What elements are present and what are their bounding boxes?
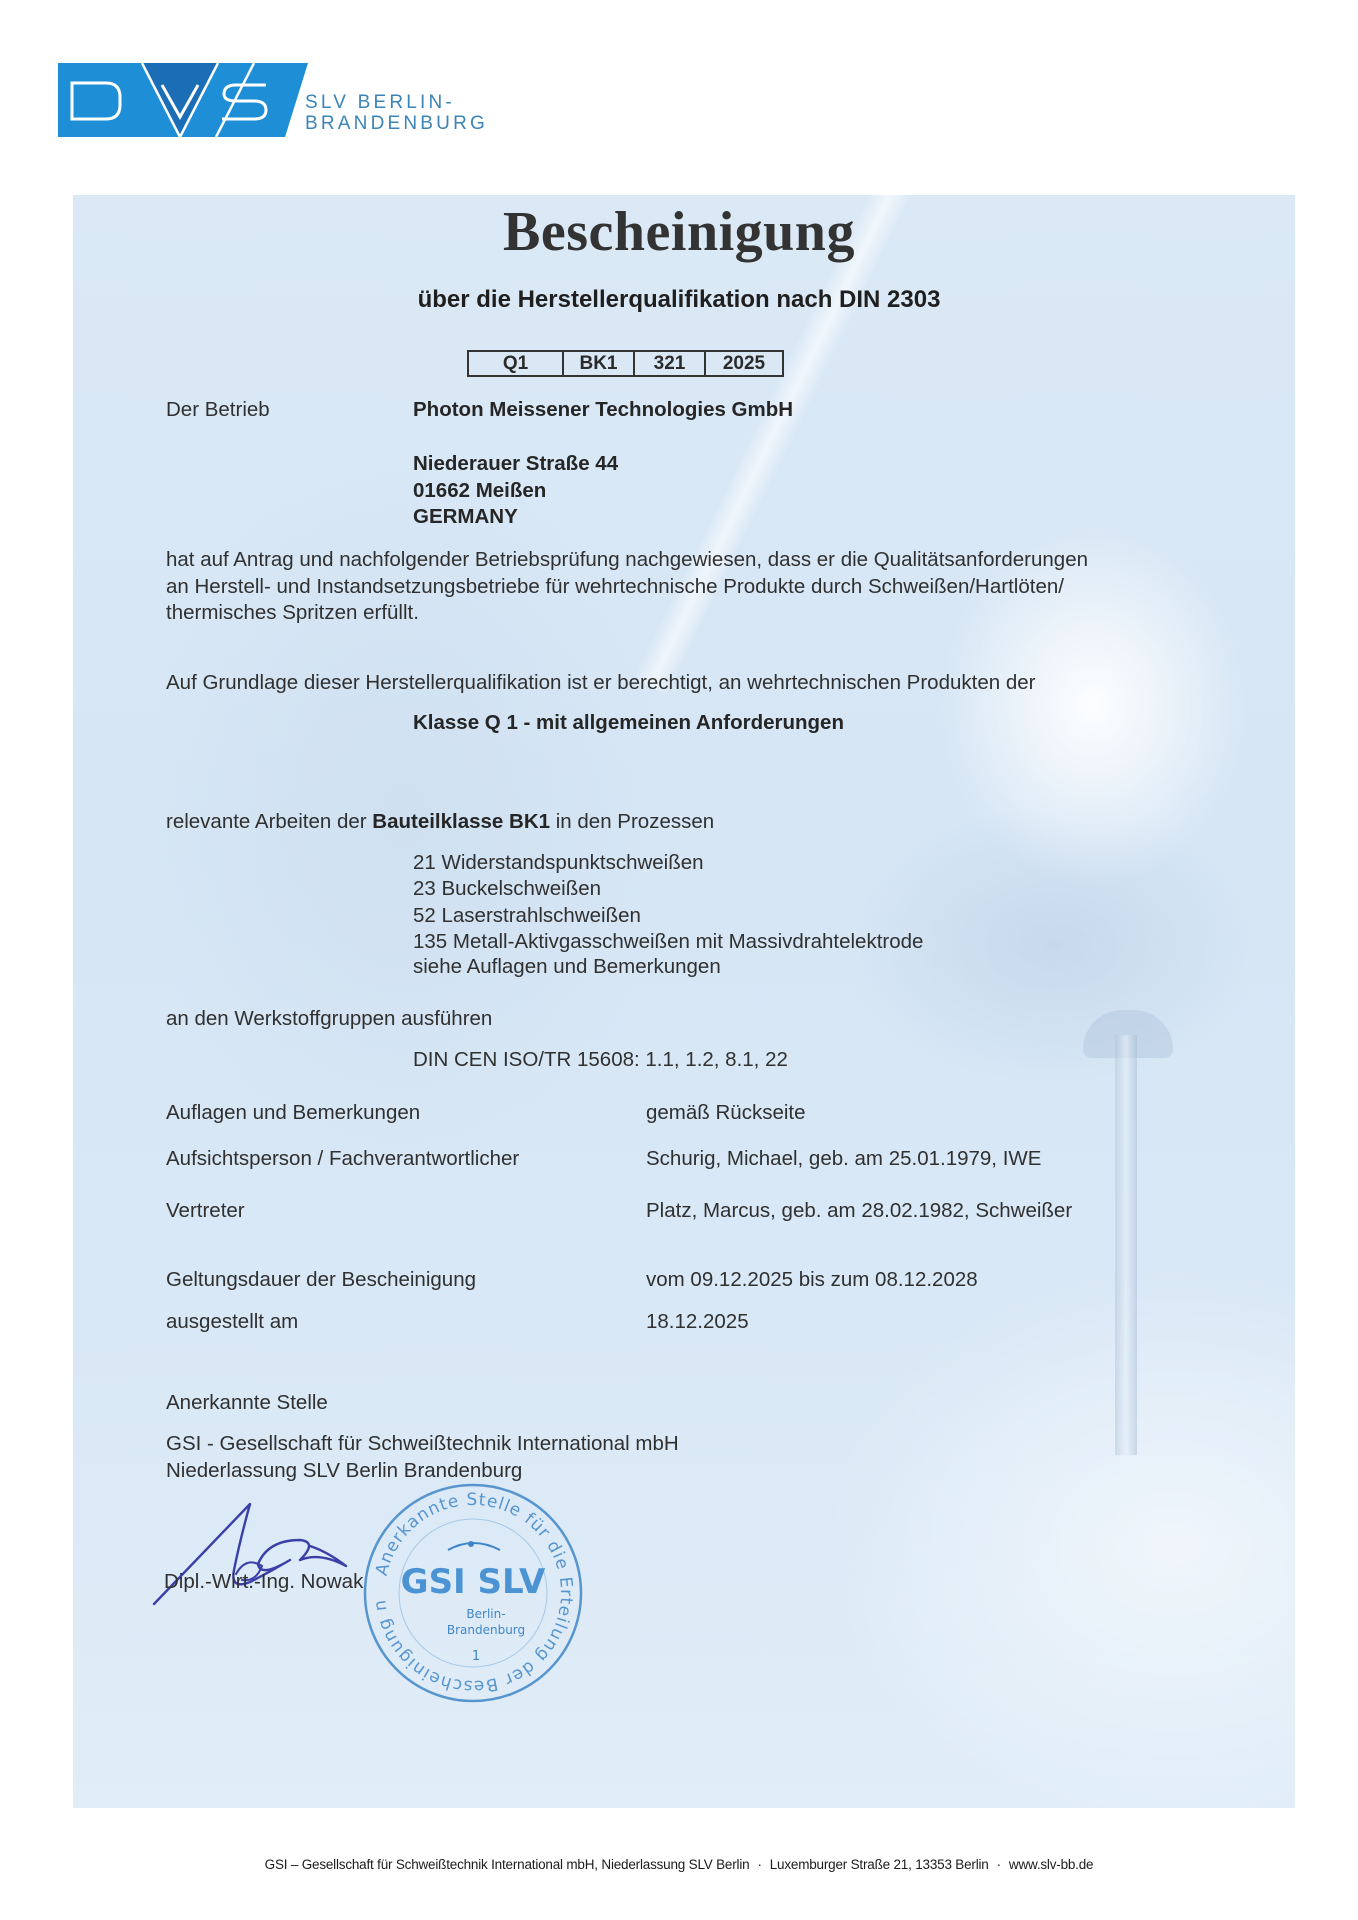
detail-value-supervisor: Schurig, Michael, geb. am 25.01.1979, IW… <box>646 1147 1041 1171</box>
svg-text:1: 1 <box>472 1649 480 1664</box>
detail-value-issued: 18.12.2025 <box>646 1310 749 1334</box>
relevant-prefix: relevante Arbeiten der <box>166 810 372 833</box>
authority-label: Anerkannte Stelle <box>166 1391 328 1415</box>
component-class: Bauteilklasse BK1 <box>372 810 550 833</box>
detail-value-remarks: gemäß Rückseite <box>646 1101 806 1125</box>
detail-label-validity: Geltungsdauer der Bescheinigung <box>166 1268 476 1292</box>
code-component-class: BK1 <box>564 352 635 375</box>
svg-text:Berlin-: Berlin- <box>466 1607 505 1621</box>
signatory-name: Dipl.-Wirt.-Ing. Nowak <box>164 1570 363 1594</box>
svg-text:Brandenburg: Brandenburg <box>447 1623 525 1637</box>
company-country: GERMANY <box>413 505 518 529</box>
detail-label-issued: ausgestellt am <box>166 1310 298 1334</box>
detail-label-supervisor: Aufsichtsperson / Fachverantwortlicher <box>166 1147 519 1171</box>
authority-line1: GSI - Gesellschaft für Schweißtechnik In… <box>166 1432 679 1456</box>
dvs-logo-mark-icon <box>58 63 318 137</box>
material-groups-value: DIN CEN ISO/TR 15608: 1.1, 1.2, 8.1, 22 <box>413 1048 788 1072</box>
detail-label-deputy: Vertreter <box>166 1199 245 1223</box>
footer-separator: · <box>757 1857 761 1872</box>
footer-website-link[interactable]: www.slv-bb.de <box>1009 1857 1093 1872</box>
company-city: 01662 Meißen <box>413 479 546 503</box>
logo-line-2: BRANDENBURG <box>305 114 488 134</box>
dvs-slv-logo: SLV BERLIN- BRANDENBURG <box>58 63 528 137</box>
background-light-streak <box>632 195 913 695</box>
relevant-works-line: relevante Arbeiten der Bauteilklasse BK1… <box>166 810 714 834</box>
class-statement: Klasse Q 1 - mit allgemeinen Anforderung… <box>413 711 844 735</box>
certificate-subtitle: über die Herstellerqualifikation nach DI… <box>0 286 1358 314</box>
detail-label-remarks: Auflagen und Bemerkungen <box>166 1101 420 1125</box>
background-welding-rod <box>1115 1035 1137 1455</box>
certificate-number-box: Q1 BK1 321 2025 <box>467 350 784 377</box>
stamp-seal-icon: Anerkannte Stelle für die Erteilung der … <box>358 1478 588 1708</box>
relevant-suffix: in den Prozessen <box>550 810 714 833</box>
code-class: Q1 <box>469 352 564 375</box>
footer-separator: · <box>997 1857 1001 1872</box>
material-groups-label: an den Werkstoffgruppen ausführen <box>166 1007 492 1031</box>
footer-organization: GSI – Gesellschaft für Schweißtechnik In… <box>265 1857 750 1872</box>
detail-value-deputy: Platz, Marcus, geb. am 28.02.1982, Schwe… <box>646 1199 1072 1223</box>
footer-address: Luxemburger Straße 21, 13353 Berlin <box>770 1857 989 1872</box>
certificate-title: Bescheinigung <box>0 200 1358 264</box>
code-year: 2025 <box>706 352 782 375</box>
page-footer: GSI – Gesellschaft für Schweißtechnik In… <box>0 1857 1358 1872</box>
company-street: Niederauer Straße 44 <box>413 452 618 476</box>
process-item: 23 Buckelschweißen <box>413 877 601 901</box>
code-number: 321 <box>635 352 706 375</box>
paragraph2: Auf Grundlage dieser Herstellerqualifika… <box>166 671 1035 695</box>
company-name: Photon Meissener Technologies GmbH <box>413 398 793 422</box>
paragraph1-line3: thermisches Spritzen erfüllt. <box>166 601 419 625</box>
paragraph1-line1: hat auf Antrag und nachfolgender Betrieb… <box>166 548 1088 572</box>
logo-line-1: SLV BERLIN- <box>305 93 455 113</box>
process-item: 52 Laserstrahlschweißen <box>413 904 641 928</box>
paragraph1-line2: an Herstell- und Instandsetzungsbetriebe… <box>166 575 1064 599</box>
company-label: Der Betrieb <box>166 398 270 422</box>
svg-text:GSI SLV: GSI SLV <box>401 1562 546 1602</box>
official-stamp: Anerkannte Stelle für die Erteilung der … <box>358 1478 588 1708</box>
process-item: 21 Widerstandspunktschweißen <box>413 851 704 875</box>
process-item: siehe Auflagen und Bemerkungen <box>413 955 721 979</box>
detail-value-validity: vom 09.12.2025 bis zum 08.12.2028 <box>646 1268 978 1292</box>
process-item: 135 Metall-Aktivgasschweißen mit Massivd… <box>413 930 923 954</box>
